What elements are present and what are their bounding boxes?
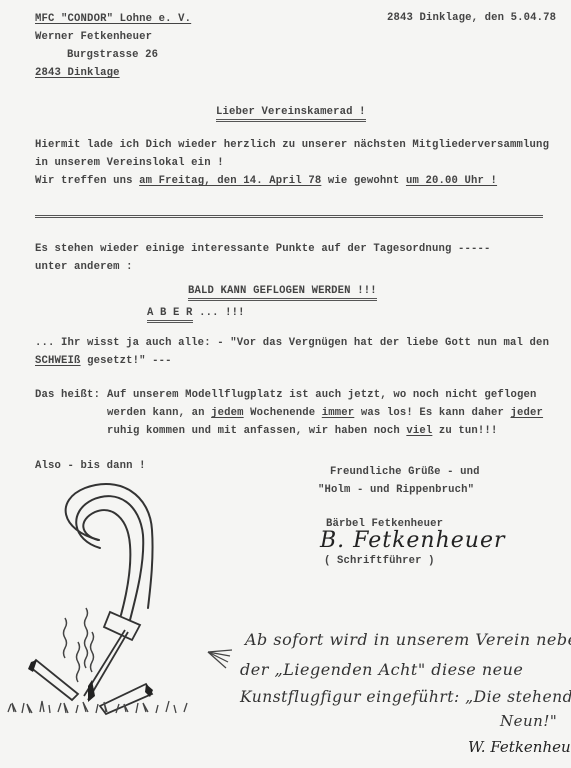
letter-page: MFC "CONDOR" Lohne e. V. Werner Fetkenhe… bbox=[0, 0, 571, 768]
tail-icon bbox=[104, 612, 140, 640]
wing-left-icon bbox=[30, 660, 78, 700]
arrow-icon bbox=[208, 650, 232, 668]
trail-outer-icon bbox=[66, 484, 153, 608]
crash-drawing bbox=[0, 0, 571, 768]
